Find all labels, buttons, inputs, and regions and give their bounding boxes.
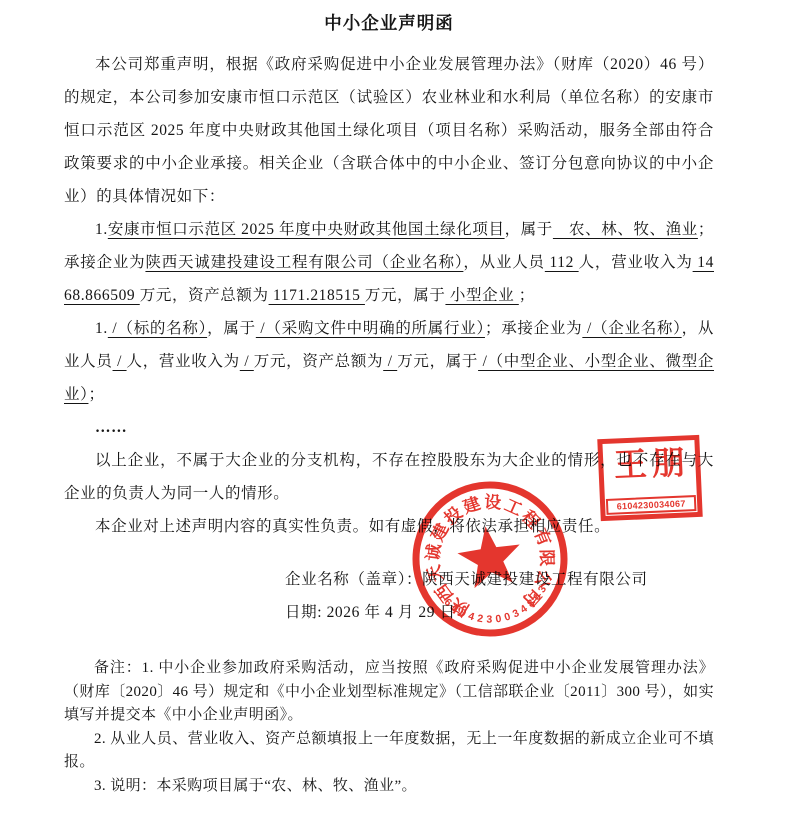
filled-blank: 陕西天诚建投建设工程有限公司（企业名称） (145, 254, 463, 271)
note-3: 3. 说明：本采购项目属于“农、林、牧、渔业”。 (64, 775, 714, 799)
text-segment: 人，营业收入为 (127, 353, 240, 370)
signature-date-line: 日期: 2026 年 4 月 29 日 (285, 596, 714, 629)
para-intro: 本公司郑重声明，根据《政府采购促进中小企业发展管理办法》（财库（2020）46 … (64, 48, 714, 213)
text-segment: 万元，资产总额为 (254, 353, 383, 370)
signature-block: 企业名称（盖章）：陕西天诚建投建设工程有限公司 日期: 2026 年 4 月 2… (285, 563, 714, 629)
document-page: { "doc": { "title": "中小企业声明函", "para_int… (0, 0, 786, 823)
text-segment: ，属于 (505, 221, 553, 238)
declaration-letter: 中小企业声明函 本公司郑重声明，根据《政府采购促进中小企业发展管理办法》（财库（… (0, 0, 786, 798)
para-item-2: 1. /（标的名称），属于 /（采购文件中明确的所属行业）；承接企业为 /（企业… (64, 312, 714, 411)
note-1: 备注：1. 中小企业参加政府采购活动，应当按照《政府采购促进中小企业发展管理办法… (64, 657, 714, 728)
text-segment: 万元，属于 (365, 287, 446, 304)
filled-blank: /（采购文件中明确的所属行业） (256, 320, 485, 337)
signature-company-line: 企业名称（盖章）：陕西天诚建投建设工程有限公司 (285, 563, 714, 596)
filled-blank: 农、林、牧、渔业 (553, 221, 698, 238)
text-segment: 万元，资产总额为 (140, 287, 269, 304)
filled-blank: 小型企业 (445, 287, 518, 304)
text-segment: ，属于 (207, 320, 256, 337)
doc-title: 中小企业声明函 (64, 10, 714, 36)
filled-blank: /（企业名称） (582, 320, 681, 337)
text-segment: ； (519, 287, 535, 304)
para-ellipsis: …… (64, 411, 714, 444)
filled-blank: /（标的名称） (108, 320, 207, 337)
para-responsibility: 本企业对上述声明内容的真实性负责。如有虚假，将依法承担相应责任。 (64, 510, 714, 543)
text-segment: 万元，属于 (397, 353, 478, 370)
notes-section: 备注：1. 中小企业参加政府采购活动，应当按照《政府采购促进中小企业发展管理办法… (64, 657, 714, 798)
text-segment: ，从业人员 (463, 254, 544, 271)
filled-blank: 112 (545, 254, 579, 271)
para-no-affiliation: 以上企业，不属于大企业的分支机构，不存在控股股东为大企业的情形，也不存在与大企业… (64, 444, 714, 510)
note-2: 2. 从业人员、营业收入、资产总额填报上一年度数据，无上一年度数据的新成立企业可… (64, 728, 714, 775)
text-segment: ；承接企业为 (485, 320, 582, 337)
filled-blank: 安康市恒口示范区 2025 年度中央财政其他国土绿化项目 (108, 221, 505, 238)
filled-blank: / (113, 353, 127, 370)
text-segment: 1. (95, 221, 108, 238)
text-segment: 人，营业收入为 (579, 254, 693, 271)
filled-blank: / (240, 353, 254, 370)
filled-blank: 1171.218515 (269, 287, 365, 304)
text-segment: 1. (95, 320, 108, 337)
para-item-1: 1.安康市恒口示范区 2025 年度中央财政其他国土绿化项目，属于 农、林、牧、… (64, 213, 714, 312)
filled-blank: / (383, 353, 397, 370)
text-segment: ； (88, 386, 104, 403)
